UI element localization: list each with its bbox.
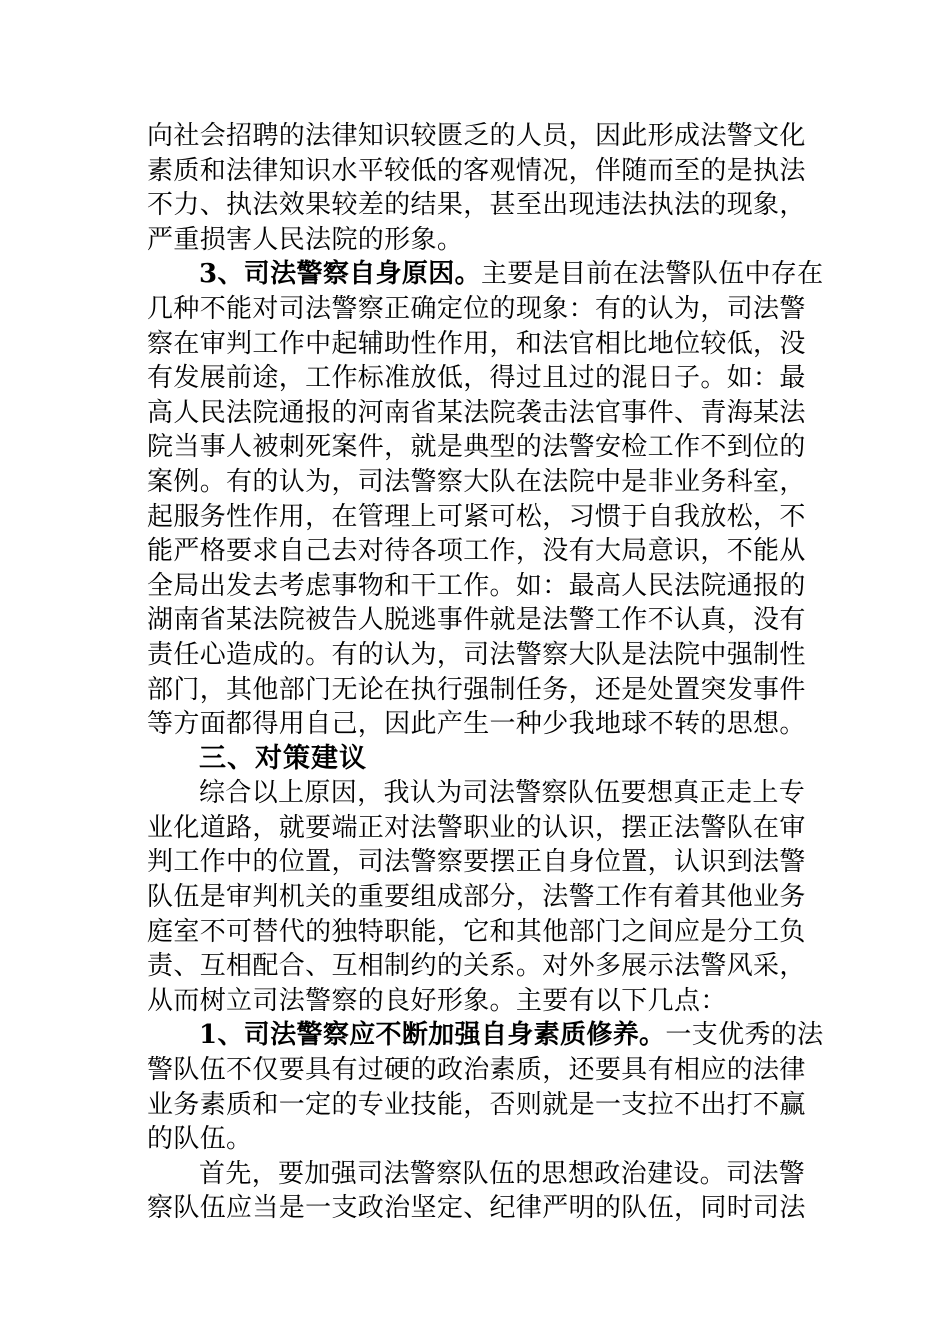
text-line: 院当事人被刺死案件，就是典型的法警安检工作不到位的 <box>147 430 837 465</box>
text-line: 队伍是审判机关的重要组成部分，法警工作有着其他业务 <box>147 880 837 915</box>
paragraph-continuation: 向社会招聘的法律知识较匮乏的人员，因此形成法警文化素质和法律知识水平较低的客观情… <box>147 119 837 257</box>
text-run: 主要是目前在法警队伍中存在 <box>481 259 824 289</box>
text-line: 向社会招聘的法律知识较匮乏的人员，因此形成法警文化 <box>147 119 837 154</box>
text-line: 素质和法律知识水平较低的客观情况，伴随而至的是执法 <box>147 154 837 189</box>
text-line: 业化道路，就要端正对法警职业的认识，摆正法警队在审 <box>147 811 837 846</box>
text-line: 从而树立司法警察的良好形象。主要有以下几点： <box>147 984 837 1019</box>
text-line: 高人民法院通报的河南省某法院袭击法官事件、青海某法 <box>147 396 837 431</box>
text-line: 警队伍不仅要具有过硬的政治素质，还要具有相应的法律 <box>147 1053 837 1088</box>
text-line: 综合以上原因，我认为司法警察队伍要想真正走上专 <box>147 776 837 811</box>
text-line: 起服务性作用，在管理上可紧可松，习惯于自我放松，不 <box>147 500 837 535</box>
text-line: 有发展前途，工作标准放低，得过且过的混日子。如：最 <box>147 361 837 396</box>
text-line: 几种不能对司法警察正确定位的现象：有的认为，司法警 <box>147 292 837 327</box>
document-page: 向社会招聘的法律知识较匮乏的人员，因此形成法警文化素质和法律知识水平较低的客观情… <box>147 119 837 1226</box>
text-line: 全局出发去考虑事物和干工作。如：最高人民法院通报的 <box>147 569 837 604</box>
text-line: 业务素质和一定的专业技能，否则就是一支拉不出打不赢 <box>147 1088 837 1123</box>
text-line: 不力、执法效果较差的结果，甚至出现违法执法的现象， <box>147 188 837 223</box>
section-heading-countermeasures: 三、对策建议 <box>147 742 837 777</box>
paragraph-summary: 综合以上原因，我认为司法警察队伍要想真正走上专业化道路，就要端正对法警职业的认识… <box>147 776 837 1018</box>
text-line: 湖南省某法院被告人脱逃事件就是法警工作不认真，没有 <box>147 603 837 638</box>
text-line: 的队伍。 <box>147 1122 837 1157</box>
text-run: 一支优秀的法 <box>665 1020 823 1050</box>
text-line: 责任心造成的。有的认为，司法警察大队是法院中强制性 <box>147 638 837 673</box>
text-line: 首先，要加强司法警察队伍的思想政治建设。司法警 <box>147 1157 837 1192</box>
bold-text-run: 1、司法警察应不断加强自身素质修养。 <box>199 1020 665 1050</box>
text-line: 责、互相配合、互相制约的关系。对外多展示法警风采， <box>147 949 837 984</box>
text-line: 严重损害人民法院的形象。 <box>147 223 837 258</box>
text-line: 察在审判工作中起辅助性作用，和法官相比地位较低，没 <box>147 327 837 362</box>
text-line: 能严格要求自己去对待各项工作，没有大局意识，不能从 <box>147 534 837 569</box>
heading-line: 三、对策建议 <box>147 742 837 777</box>
bold-text-run: 3、司法警察自身原因。 <box>199 259 481 289</box>
text-line: 察队伍应当是一支政治坚定、纪律严明的队伍，同时司法 <box>147 1191 837 1226</box>
text-line: 1、司法警察应不断加强自身素质修养。一支优秀的法 <box>147 1018 837 1053</box>
text-line: 案例。有的认为，司法警察大队在法院中是非业务科室， <box>147 465 837 500</box>
text-line: 部门，其他部门无论在执行强制任务，还是处置突发事件 <box>147 673 837 708</box>
text-line: 庭室不可替代的独特职能，它和其他部门之间应是分工负 <box>147 915 837 950</box>
text-line: 等方面都得用自己，因此产生一种少我地球不转的思想。 <box>147 707 837 742</box>
text-line: 判工作中的位置，司法警察要摆正自身位置，认识到法警 <box>147 845 837 880</box>
text-line: 3、司法警察自身原因。主要是目前在法警队伍中存在 <box>147 257 837 292</box>
paragraph-point-3-self-causes: 3、司法警察自身原因。主要是目前在法警队伍中存在几种不能对司法警察正确定位的现象… <box>147 257 837 741</box>
paragraph-first-ideological: 首先，要加强司法警察队伍的思想政治建设。司法警察队伍应当是一支政治坚定、纪律严明… <box>147 1157 837 1226</box>
paragraph-point-1-self-cultivation: 1、司法警察应不断加强自身素质修养。一支优秀的法警队伍不仅要具有过硬的政治素质，… <box>147 1018 837 1156</box>
